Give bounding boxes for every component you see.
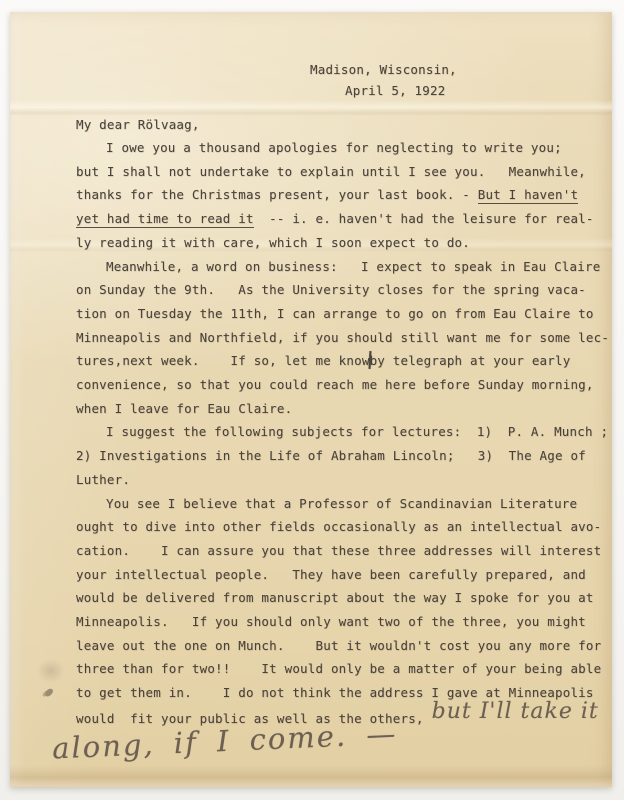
letter-line: You see I believe that a Professor of Sc… <box>76 492 616 516</box>
letter-line: three than for two!! It would only be a … <box>76 657 616 681</box>
stain-smudge <box>32 655 70 687</box>
letter-line: when I leave for Eau Claire. <box>76 397 616 421</box>
letter-body: I owe you a thousand apologies for negle… <box>76 136 616 731</box>
typed-text: when I leave for Eau Claire. <box>76 401 292 416</box>
letter-date-line: April 5, 1922 <box>345 82 445 100</box>
ink-speck <box>44 687 54 698</box>
typed-text: -- i. e. haven't had the leisure for rea… <box>254 211 594 226</box>
typed-text: tures,next week. If so, let me know <box>76 353 370 368</box>
typed-text: ly reading it with care, which I soon ex… <box>76 235 470 250</box>
handwritten-text: but I'll take it <box>424 699 599 724</box>
typed-text: your intellectual people. They have been… <box>76 567 586 582</box>
letter-salutation: My dear Rölvaag, <box>76 116 200 134</box>
letter-line: Minneapolis. If you should only want two… <box>76 610 616 634</box>
typed-text: I owe you a thousand apologies for negle… <box>106 140 562 155</box>
letter-line: 2) Investigations in the Life of Abraham… <box>76 444 616 468</box>
typed-text: on Sunday the 9th. As the University clo… <box>76 282 586 297</box>
typed-text: Minneapolis and Northfield, if you shoul… <box>76 330 609 345</box>
letter-line: thanks for the Christmas present, your l… <box>76 183 616 207</box>
fold-crease-top <box>10 100 612 116</box>
letter-line: tion on Tuesday the 11th, I can arrange … <box>76 302 616 326</box>
letter-line: tures,next week. If so, let me knowby te… <box>76 349 616 373</box>
typed-text: would be delivered from manuscript about… <box>76 590 594 605</box>
letter-line: yet had time to read it -- i. e. haven't… <box>76 207 616 231</box>
typed-text: thanks for the Christmas present, your l… <box>76 187 478 202</box>
letter-page: Madison, Wisconsin, April 5, 1922 My dea… <box>10 12 612 787</box>
scanned-letter-screenshot: { "page": { "background_color": "#f5f4f1… <box>0 0 624 800</box>
typed-text: by telegraph at your early <box>370 353 571 368</box>
typed-text: ought to dive into other fields occasion… <box>76 519 601 534</box>
letter-line: Meanwhile, a word on business: I expect … <box>76 255 616 279</box>
bottom-fold-shadow <box>10 765 612 787</box>
letter-line: would be delivered from manuscript about… <box>76 586 616 610</box>
letter-place-line: Madison, Wisconsin, <box>310 61 457 79</box>
pen-stroke-mark <box>368 351 371 369</box>
typed-text: tion on Tuesday the 11th, I can arrange … <box>76 306 594 321</box>
typed-text: convenience, so that you could reach me … <box>76 377 594 392</box>
typed-text: but I shall not undertake to explain unt… <box>76 164 586 179</box>
typed-text: Meanwhile, a word on business: I expect … <box>106 259 600 274</box>
letter-line: Minneapolis and Northfield, if you shoul… <box>76 326 616 350</box>
typed-text: three than for two!! It would only be a … <box>76 661 601 676</box>
typed-text: 2) Investigations in the Life of Abraham… <box>76 448 586 463</box>
typed-text: Luther. <box>76 472 130 487</box>
underlined-typed-text: yet had time to read it <box>76 211 254 228</box>
letter-line: I owe you a thousand apologies for negle… <box>76 136 616 160</box>
letter-line: convenience, so that you could reach me … <box>76 373 616 397</box>
typed-text: leave out the one on Munch. But it would… <box>76 638 601 653</box>
letter-line: ought to dive into other fields occasion… <box>76 515 616 539</box>
letter-line: but I shall not undertake to explain unt… <box>76 160 616 184</box>
letter-line: your intellectual people. They have been… <box>76 563 616 587</box>
typed-text: cation. I can assure you that these thre… <box>76 543 601 558</box>
letter-line: cation. I can assure you that these thre… <box>76 539 616 563</box>
letter-line: ly reading it with care, which I soon ex… <box>76 231 616 255</box>
typed-text: You see I believe that a Professor of Sc… <box>106 496 577 511</box>
typed-text: I suggest the following subjects for lec… <box>106 424 608 439</box>
letter-line: Luther. <box>76 468 616 492</box>
underlined-typed-text: But I haven't <box>478 187 578 204</box>
letter-line: on Sunday the 9th. As the University clo… <box>76 278 616 302</box>
typed-text: Minneapolis. If you should only want two… <box>76 614 586 629</box>
typed-text: to get them in. I do not think the addre… <box>76 685 594 700</box>
letter-line: I suggest the following subjects for lec… <box>76 420 616 444</box>
letter-line: leave out the one on Munch. But it would… <box>76 634 616 658</box>
